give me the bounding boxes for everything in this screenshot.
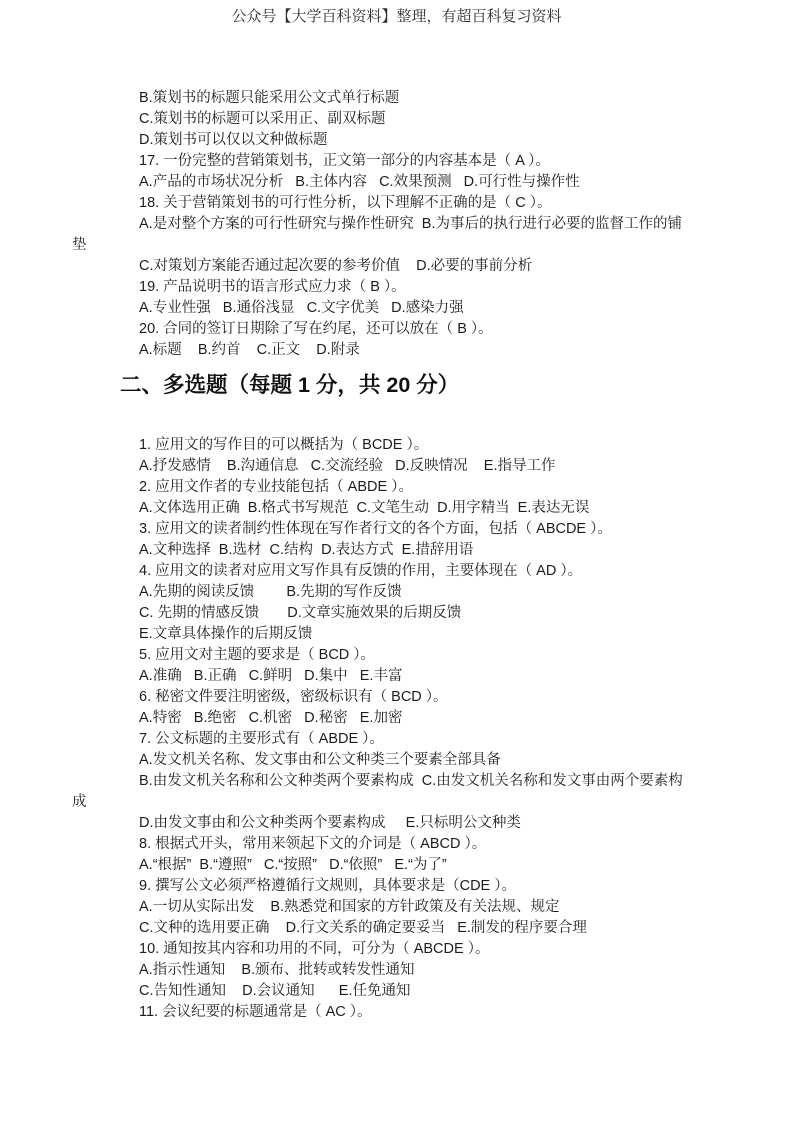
section-multi-choice: 1. 应用文的写作目的可以概括为（ BCDE ）。A.抒发感情 B.沟通信息 C… [72, 435, 722, 1023]
text-line: A.先期的阅读反馈 B.先期的写作反馈 [139, 582, 722, 603]
text-line: A.产品的市场状况分析 B.主体内容 C.效果预测 D.可行性与操作性 [139, 172, 722, 193]
text-line: 9. 撰写公文必须严格遵循行文规则，具体要求是（CDE ）。 [139, 876, 722, 897]
text-line: E.文章具体操作的后期反馈 [139, 624, 722, 645]
text-line: C.策划书的标题可以采用正、副双标题 [139, 109, 722, 130]
document-page: 公众号【大学百科资料】整理，有超百科复习资料 B.策划书的标题只能采用公文式单行… [0, 0, 793, 1122]
text-line: 8. 根据式开头，常用来领起下文的介词是（ ABCD ）。 [139, 834, 722, 855]
text-line: C.对策划方案能否通过起次要的参考价值 D.必要的事前分析 [139, 256, 722, 277]
text-line: C. 先期的情感反馈 D.文章实施效果的后期反馈 [139, 603, 722, 624]
text-line: 10. 通知按其内容和功用的不同，可分为（ ABCDE ）。 [139, 939, 722, 960]
text-line: 19. 产品说明书的语言形式应力求（ B ）。 [139, 277, 722, 298]
text-line: C.告知性通知 D.会议通知 E.任免通知 [139, 981, 722, 1002]
text-line: A.是对整个方案的可行性研究与操作性研究 B.为事后的执行进行必要的监督工作的铺 [139, 214, 722, 235]
text-line: A.标题 B.约首 C.正文 D.附录 [139, 340, 722, 361]
text-line: 5. 应用文对主题的要求是（ BCD ）。 [139, 645, 722, 666]
text-line: A.发文机关名称、发文事由和公文种类三个要素全部具备 [139, 750, 722, 771]
text-line: 4. 应用文的读者对应用文写作具有反馈的作用，主要体现在（ AD ）。 [139, 561, 722, 582]
text-line: A.“根据” B.“遵照” C.“按照” D.“依照” E.“为了” [139, 855, 722, 876]
section-single-choice: B.策划书的标题只能采用公文式单行标题C.策划书的标题可以采用正、副双标题D.策… [72, 88, 722, 361]
doc-header-title: 公众号【大学百科资料】整理，有超百科复习资料 [0, 7, 793, 26]
text-line: A.特密 B.绝密 C.机密 D.秘密 E.加密 [139, 708, 722, 729]
text-line: B.由发文机关名称和公文种类两个要素构成 C.由发文机关名称和发文事由两个要素构 [139, 771, 722, 792]
text-line: A.抒发感情 B.沟通信息 C.交流经验 D.反映情况 E.指导工作 [139, 456, 722, 477]
text-line: 11. 会议纪要的标题通常是（ AC ）。 [139, 1002, 722, 1023]
section-heading-multi-choice: 二、多选题（每题 1 分，共 20 分） [120, 372, 722, 399]
text-line: 垫 [72, 235, 722, 256]
text-line: 17. 一份完整的营销策划书，正文第一部分的内容基本是（ A ）。 [139, 151, 722, 172]
text-line: A.一切从实际出发 B.熟悉党和国家的方针政策及有关法规、规定 [139, 897, 722, 918]
text-line: 2. 应用文作者的专业技能包括（ ABDE ）。 [139, 477, 722, 498]
text-line: A.指示性通知 B.颁布、批转或转发性通知 [139, 960, 722, 981]
text-line: 3. 应用文的读者制约性体现在写作者行文的各个方面，包括（ ABCDE ）。 [139, 519, 722, 540]
text-line: A.专业性强 B.通俗浅显 C.文字优美 D.感染力强 [139, 298, 722, 319]
text-line: A.文种选择 B.选材 C.结构 D.表达方式 E.措辞用语 [139, 540, 722, 561]
text-line: 1. 应用文的写作目的可以概括为（ BCDE ）。 [139, 435, 722, 456]
text-line: D.策划书可以仅以文种做标题 [139, 130, 722, 151]
text-line: 6. 秘密文件要注明密级，密级标识有（ BCD ）。 [139, 687, 722, 708]
text-line: 7. 公文标题的主要形式有（ ABDE ）。 [139, 729, 722, 750]
text-line: C.文种的选用要正确 D.行文关系的确定要妥当 E.制发的程序要合理 [139, 918, 722, 939]
text-line: B.策划书的标题只能采用公文式单行标题 [139, 88, 722, 109]
text-line: A.准确 B.正确 C.鲜明 D.集中 E.丰富 [139, 666, 722, 687]
document-content: B.策划书的标题只能采用公文式单行标题C.策划书的标题可以采用正、副双标题D.策… [72, 88, 722, 1023]
text-line: 18. 关于营销策划书的可行性分析，以下理解不正确的是（ C ）。 [139, 193, 722, 214]
text-line: A.文体选用正确 B.格式书写规范 C.文笔生动 D.用字精当 E.表达无误 [139, 498, 722, 519]
text-line: 20. 合同的签订日期除了写在约尾，还可以放在（ B ）。 [139, 319, 722, 340]
text-line: D.由发文事由和公文种类两个要素构成 E.只标明公文种类 [139, 813, 722, 834]
text-line: 成 [72, 792, 722, 813]
